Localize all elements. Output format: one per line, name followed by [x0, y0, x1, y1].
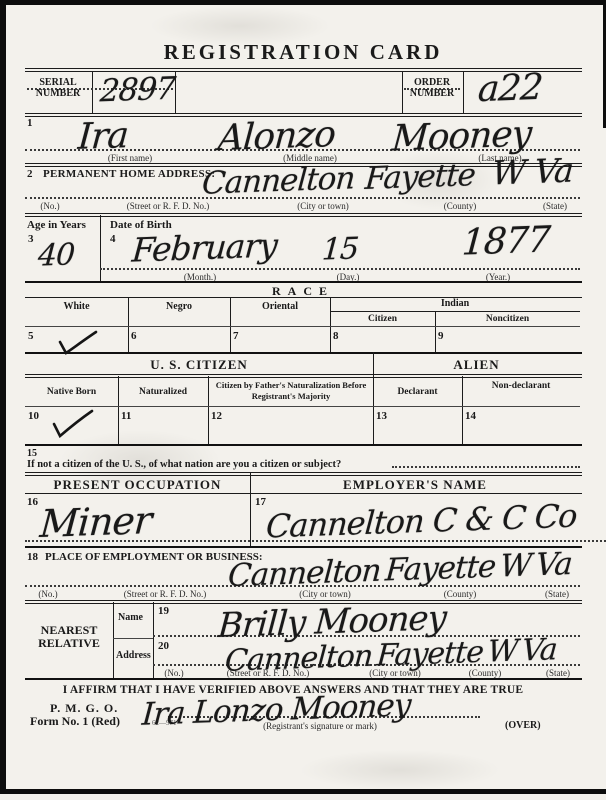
- registration-card-scan: REGISTRATION CARD SERIAL NUMBER 2897 ORD…: [0, 0, 606, 800]
- first-name-value: Ira: [77, 115, 130, 158]
- field-15-number: 15: [27, 448, 37, 459]
- race-indian-label: Indian: [330, 298, 580, 309]
- middle-name-value: Alonzo: [217, 114, 337, 159]
- race-oriental-number: 7: [233, 330, 239, 342]
- nearest-relative-label-line2: RELATIVE: [25, 636, 113, 651]
- race-indian-noncitizen-label: Noncitizen: [435, 314, 580, 324]
- card-title: REGISTRATION CARD: [0, 40, 606, 65]
- form-number-label: Form No. 1 (Red): [30, 714, 120, 729]
- declarant-number: 13: [376, 410, 387, 422]
- alien-header: ALIEN: [373, 357, 580, 373]
- age-label: Age in Years: [27, 219, 86, 231]
- employment-street-sublabel: (Street or R. F. D. No.): [85, 589, 245, 599]
- home-city-sublabel: (City or town): [268, 201, 378, 211]
- race-citizen-number: 8: [333, 330, 339, 342]
- dob-year-value: 1877: [461, 219, 551, 263]
- home-street-sublabel: (Street or R. F. D. No.): [88, 201, 248, 211]
- declarant-label: Declarant: [373, 387, 462, 397]
- home-county-sublabel: (County): [420, 201, 500, 211]
- citizen-by-father-number: 12: [211, 410, 222, 422]
- race-white-number: 5: [28, 330, 34, 342]
- order-number-value: a22: [477, 67, 544, 110]
- race-white-label: White: [25, 301, 128, 312]
- race-oriental-label: Oriental: [230, 301, 330, 312]
- home-state-sublabel: (State): [525, 201, 585, 211]
- field-3-number: 3: [28, 233, 34, 245]
- dob-day-value: 15: [321, 231, 360, 267]
- naturalized-number: 11: [121, 410, 131, 422]
- field-17-number: 17: [255, 496, 266, 508]
- employment-no-sublabel: (No.): [28, 589, 68, 599]
- field-15-question: If not a citizen of the U. S., of what n…: [27, 459, 341, 470]
- home-city-value: Cannelton: [201, 160, 356, 201]
- order-number-label-line1: ORDER: [404, 77, 460, 88]
- native-born-number: 10: [28, 410, 39, 422]
- relative-no-sublabel: (No.): [156, 668, 192, 678]
- non-declarant-label: Non-declarant: [462, 381, 580, 392]
- naturalized-label: Naturalized: [118, 387, 208, 397]
- scan-edge-bottom: [0, 789, 606, 794]
- home-address-label: PERMANENT HOME ADDRESS:: [43, 168, 215, 180]
- dob-month-value: February: [131, 225, 279, 269]
- employment-state-sublabel: (State): [527, 589, 587, 599]
- occupation-value: Miner: [38, 498, 152, 546]
- field-16-number: 16: [27, 496, 38, 508]
- field-4-number: 4: [110, 233, 116, 245]
- race-negro-number: 6: [131, 330, 137, 342]
- serial-number-value: 2897: [99, 71, 176, 110]
- non-declarant-number: 14: [465, 410, 476, 422]
- relative-address-label: Address: [116, 650, 151, 661]
- field-1-number: 1: [27, 117, 33, 129]
- home-no-sublabel: (No.): [30, 201, 70, 211]
- home-state-value: W Va: [491, 151, 575, 193]
- field-20-number: 20: [158, 640, 169, 652]
- field-19-number: 19: [158, 605, 169, 617]
- race-noncitizen-number: 9: [438, 330, 444, 342]
- race-white-checkmark: [52, 329, 100, 355]
- employer-value: Cannelton C & C Co: [265, 497, 578, 546]
- citizen-by-father-label: Citizen by Father's Naturalization Befor…: [211, 380, 371, 401]
- race-indian-citizen-label: Citizen: [330, 314, 435, 324]
- present-occupation-header: PRESENT OCCUPATION: [25, 477, 250, 493]
- relative-state-sublabel: (State): [528, 668, 588, 678]
- home-county-value: Fayette: [364, 157, 476, 197]
- over-label: (OVER): [505, 720, 541, 731]
- us-citizen-header: U. S. CITIZEN: [25, 357, 373, 373]
- native-born-label: Native Born: [25, 387, 118, 397]
- age-value: 40: [37, 237, 76, 273]
- field-2-number: 2: [27, 168, 33, 180]
- field-18-number: 18: [27, 551, 38, 563]
- native-born-checkmark: [46, 408, 96, 438]
- serial-number-label-line1: SERIAL: [27, 77, 89, 88]
- employers-name-header: EMPLOYER'S NAME: [250, 477, 580, 493]
- race-negro-label: Negro: [128, 301, 230, 312]
- scan-edge-top: [0, 0, 606, 5]
- scan-edge-left: [0, 0, 6, 792]
- relative-name-label: Name: [118, 612, 143, 623]
